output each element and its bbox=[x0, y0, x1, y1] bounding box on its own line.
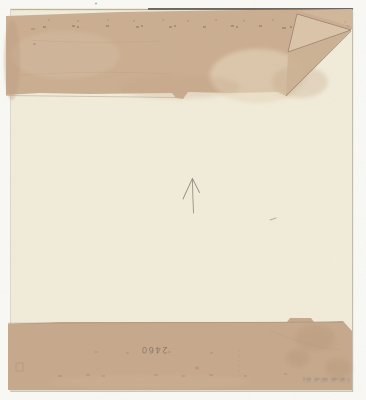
scan-image: 2460 bbox=[0, 0, 366, 400]
scan-grain-overlay bbox=[0, 0, 366, 400]
